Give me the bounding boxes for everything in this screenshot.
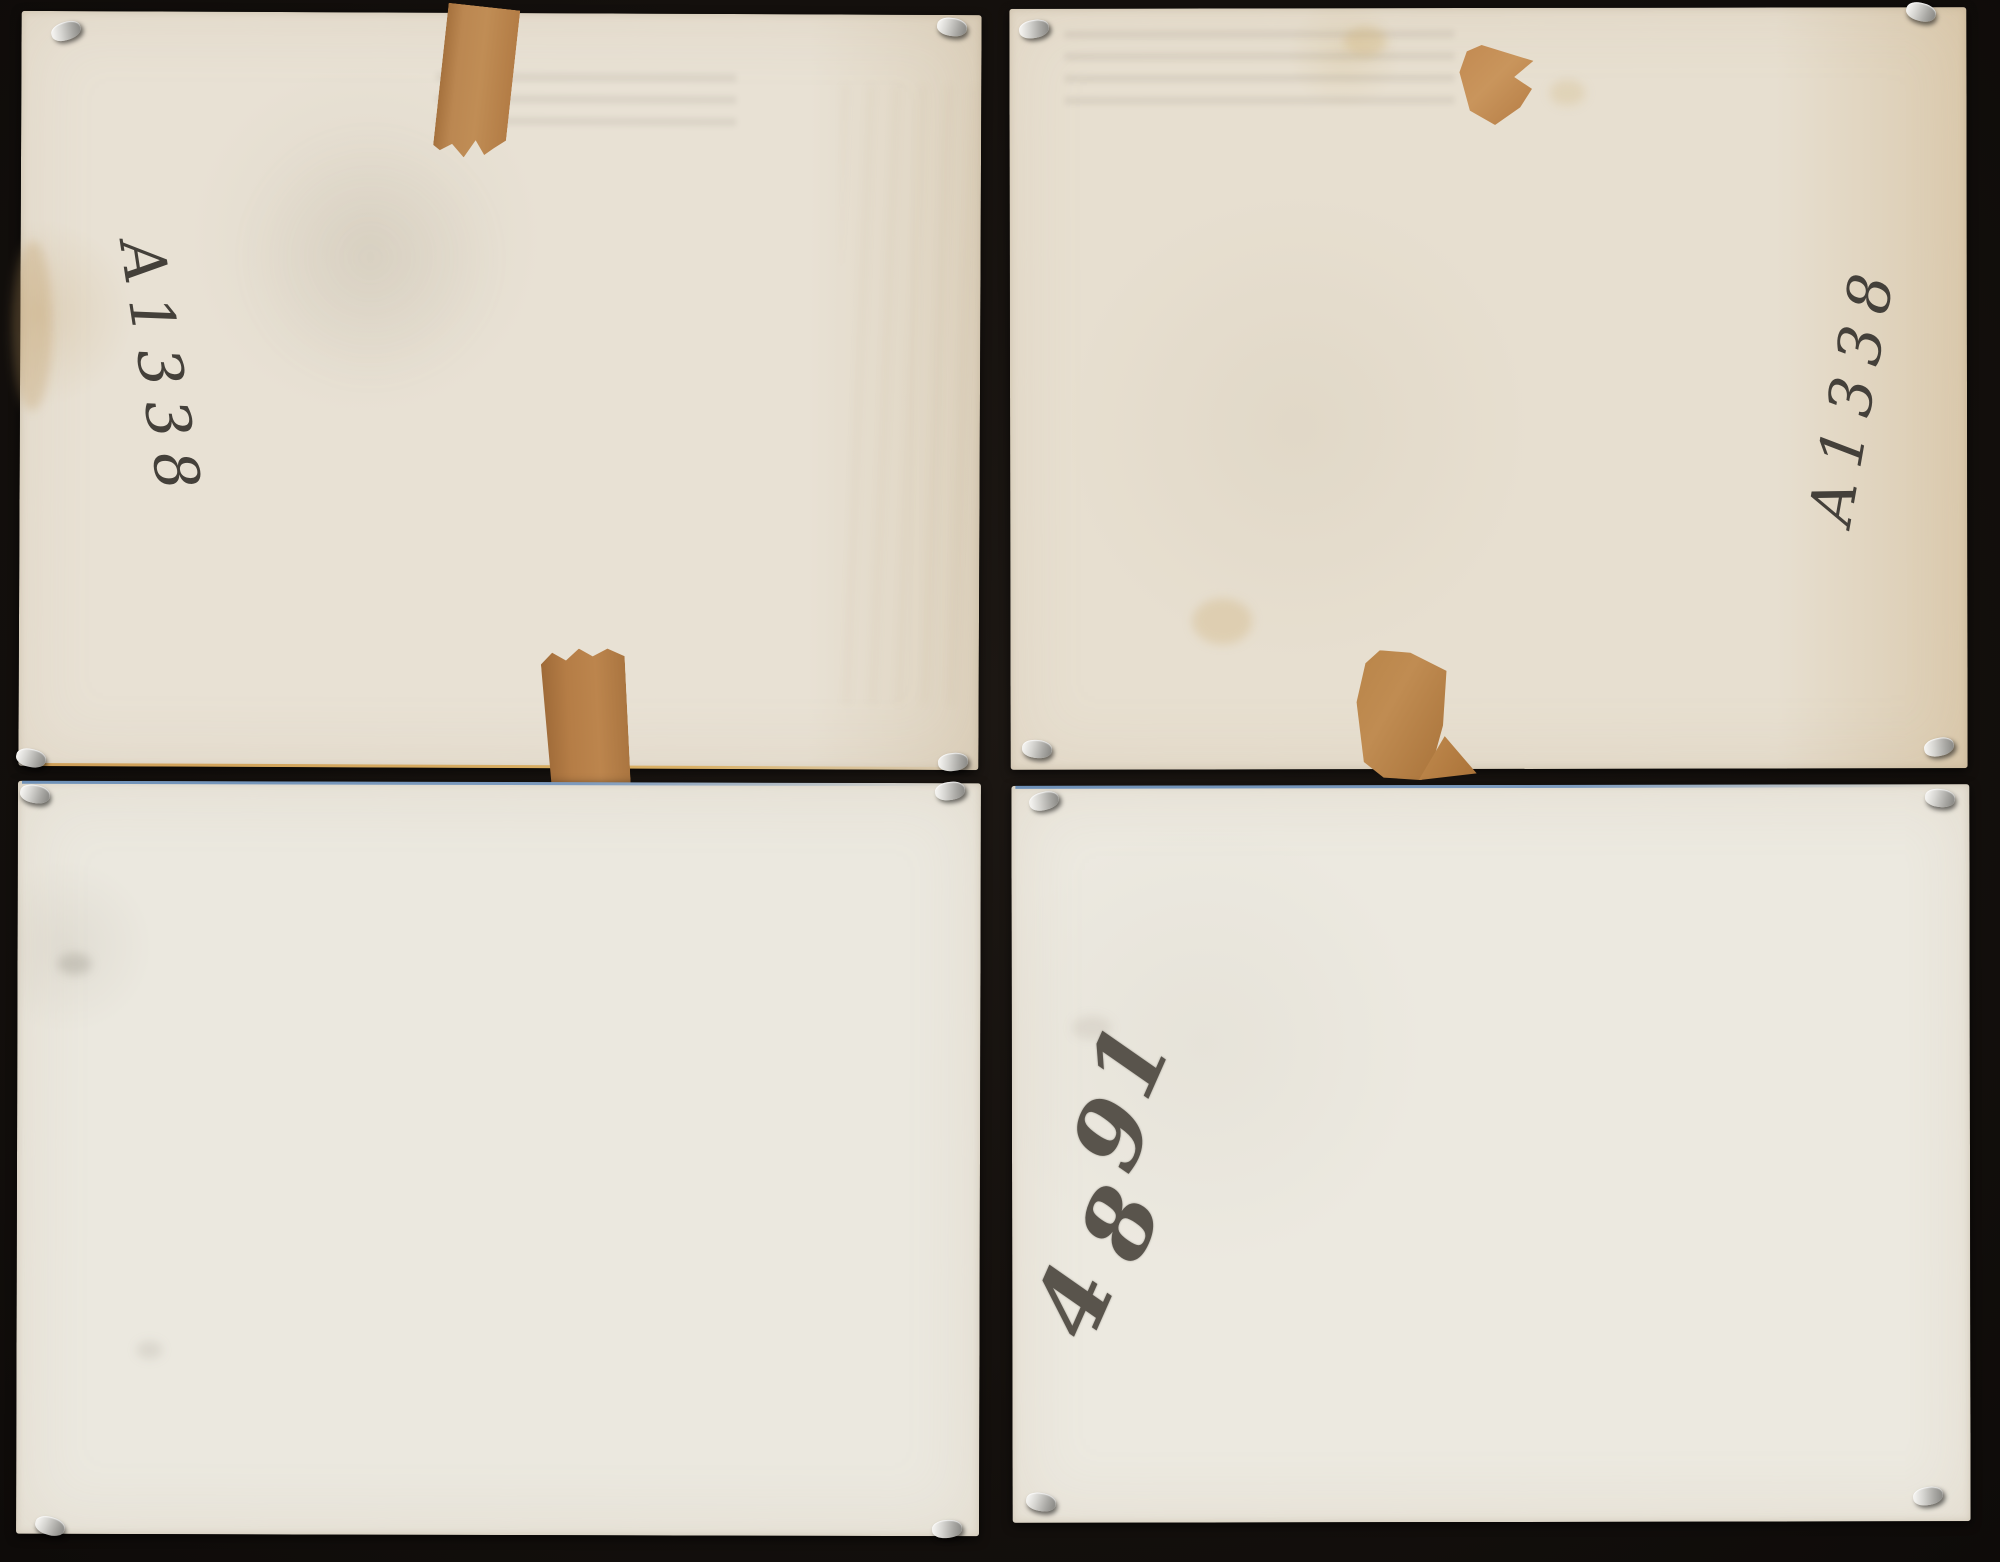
photo-edge-color-strip	[1015, 784, 1939, 789]
age-stain	[1549, 80, 1585, 106]
tape-fragment	[432, 3, 520, 162]
smudge	[57, 953, 91, 975]
age-stain	[1344, 26, 1386, 56]
age-stain	[1192, 598, 1252, 644]
age-stain	[12, 241, 53, 411]
handwritten-year-digit: 4	[1011, 1250, 1138, 1354]
photo-edge-color-strip	[28, 763, 972, 770]
handwritten-catalog-number: A1338	[1796, 255, 1911, 529]
photo-back-top-right: A1338	[1009, 7, 1967, 770]
ghost-impression	[235, 122, 506, 393]
tape-fragment	[1459, 45, 1533, 125]
smudge	[136, 1341, 162, 1359]
ghost-stamp-showthrough	[1064, 30, 1454, 119]
handwritten-catalog-number: A1338	[105, 235, 215, 509]
photo-back-bottom-left	[16, 781, 981, 1537]
tape-fragment	[540, 646, 631, 790]
photo-edge-color-strip	[22, 781, 951, 786]
drip-stains	[839, 84, 977, 705]
pinboard-photo: A1338 A1338 1 9 8 4	[0, 0, 2000, 1562]
handwritten-year-digit: 8	[1058, 1171, 1185, 1275]
photo-back-top-left: A1338	[18, 11, 981, 770]
photo-back-bottom-right: 1 9 8 4	[1011, 784, 1970, 1523]
